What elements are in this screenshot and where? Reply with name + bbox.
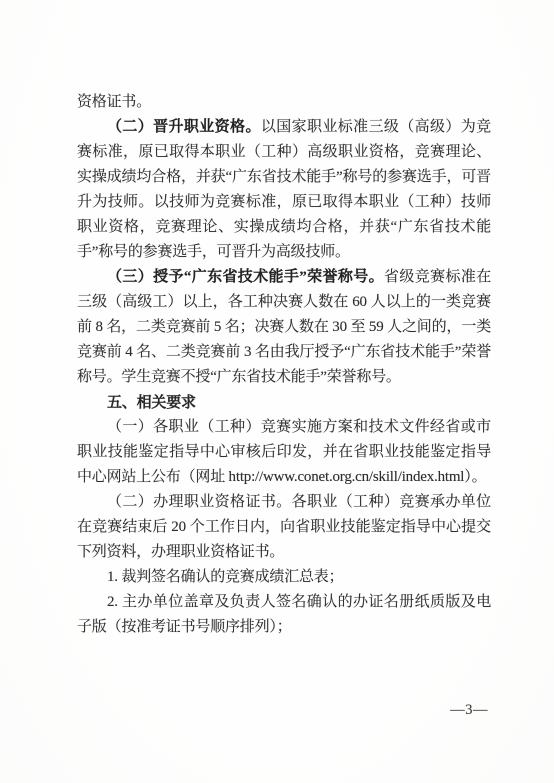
section-heading-related-requirements: 五、相关要求 [77,390,491,415]
paragraph-text: （一）各职业（工种）竞赛实施方案和技术文件经省或市职业技能鉴定指导中心审核后印发… [77,419,491,485]
list-item-text: 2. 主办单位盖章及负责人签名确认的办证名册纸质版及电子版（按准考证书号顺序排列… [77,594,491,635]
paragraph-text: 资格证书。 [77,94,151,110]
paragraph-lead: （三）授予“广东省技术能手”荣誉称号。 [107,269,384,285]
list-item-score-summary: 1. 裁判签名确认的竞赛成绩汇总表； [77,565,491,590]
paragraph-text: 省级竞赛标准在三级（高级工）以上，各工种决赛人数在 60 人以上的一类竞赛前 8… [77,269,491,385]
paragraph-lead: （二）晋升职业资格。 [107,119,261,135]
heading-text: 五、相关要求 [107,394,196,411]
paragraph-honor-title: （三）授予“广东省技术能手”荣誉称号。省级竞赛标准在三级（高级工）以上，各工种决… [77,265,491,390]
paragraph-certificate-processing: （二）办理职业资格证书。各职业（工种）竞赛承办单位在竞赛结束后 20 个工作日内… [77,490,491,565]
paragraph-continuation: 资格证书。 [77,90,491,115]
paragraph-implementation-plan: （一）各职业（工种）竞赛实施方案和技术文件经省或市职业技能鉴定指导中心审核后印发… [77,415,491,490]
paragraph-promotion-qualification: （二）晋升职业资格。以国家职业标准三级（高级）为竞赛标准，原已取得本职业（工种）… [77,115,491,265]
paragraph-text: （二）办理职业资格证书。各职业（工种）竞赛承办单位在竞赛结束后 20 个工作日内… [77,494,491,560]
list-item-certificate-roster: 2. 主办单位盖章及负责人签名确认的办证名册纸质版及电子版（按准考证书号顺序排列… [77,590,491,640]
paragraph-text: 以国家职业标准三级（高级）为竞赛标准，原已取得本职业（工种）高级职业资格，竞赛理… [77,119,491,260]
list-item-text: 1. 裁判签名确认的竞赛成绩汇总表； [107,569,343,585]
document-page: 资格证书。 （二）晋升职业资格。以国家职业标准三级（高级）为竞赛标准，原已取得本… [0,0,554,783]
page-number: —3— [450,702,488,719]
document-body-text: 资格证书。 （二）晋升职业资格。以国家职业标准三级（高级）为竞赛标准，原已取得本… [77,90,491,640]
